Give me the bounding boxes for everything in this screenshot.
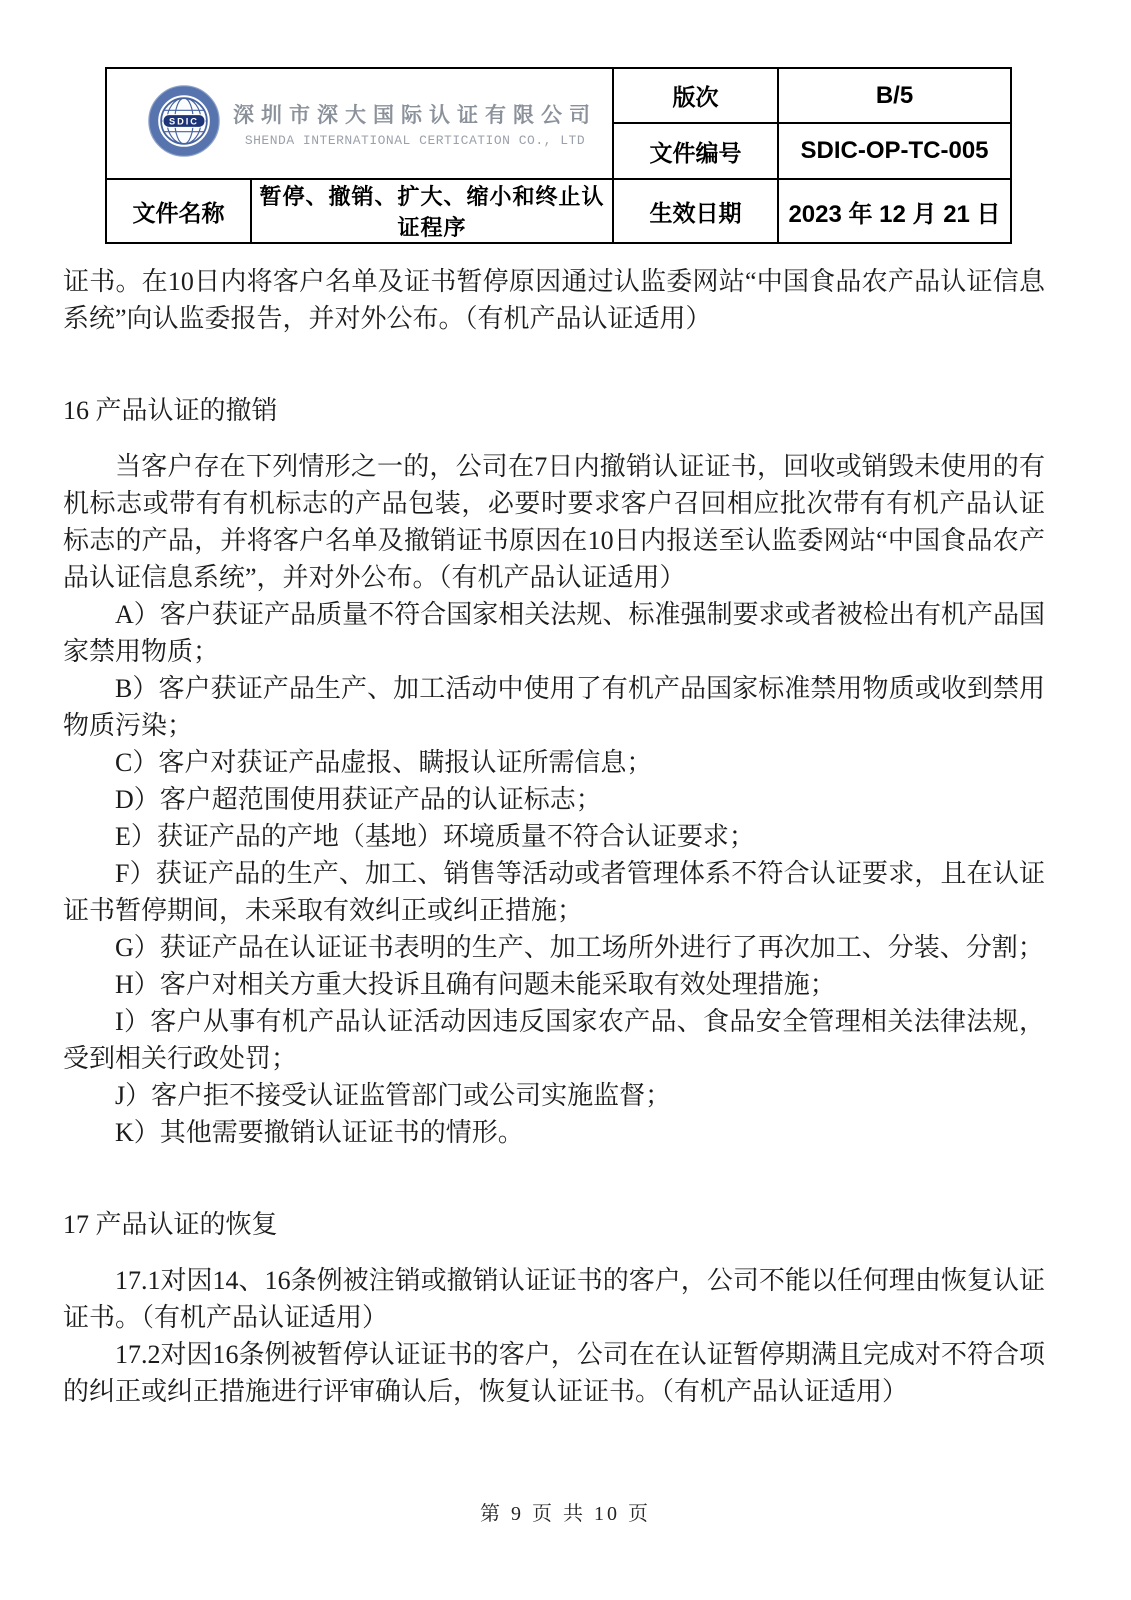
page-number-footer: 第 9 页 共 10 页 bbox=[0, 1497, 1131, 1526]
company-names: 深圳市深大国际认证有限公司 SHENDA INTERNATIONAL CERTI… bbox=[233, 99, 597, 148]
effective-date-value: 2023 年 12 月 21 日 bbox=[778, 179, 1011, 243]
list-item-a: A）客户获证产品质量不符合国家相关法规、标准强制要求或者被检出有机产品国家禁用物… bbox=[63, 596, 1045, 670]
list-item-c: C）客户对获证产品虚报、瞒报认证所需信息； bbox=[63, 744, 1045, 781]
paragraph: 当客户存在下列情形之一的，公司在7日内撤销认证证书，回收或销毁未使用的有机标志或… bbox=[63, 448, 1045, 596]
section-heading-17: 17 产品认证的恢复 bbox=[63, 1206, 1045, 1243]
document-body: 证书。在10日内将客户名单及证书暂停原因通过认监委网站“中国食品农产品认证信息系… bbox=[63, 263, 1045, 1410]
list-item-e: E）获证产品的产地（基地）环境质量不符合认证要求； bbox=[63, 818, 1045, 855]
effective-date-label: 生效日期 bbox=[613, 179, 778, 243]
list-item-g: G）获证产品在认证证书表明的生产、加工场所外进行了再次加工、分装、分割； bbox=[63, 929, 1045, 966]
list-item-k: K）其他需要撤销认证证书的情形。 bbox=[63, 1114, 1045, 1151]
paragraph-17-2: 17.2对因16条例被暂停认证证书的客户，公司在在认证暂停期满且完成对不符合项的… bbox=[63, 1336, 1045, 1410]
doc-name-value: 暂停、撤销、扩大、缩小和终止认证程序 bbox=[251, 179, 613, 243]
list-item-h: H）客户对相关方重大投诉且确有问题未能采取有效处理措施； bbox=[63, 966, 1045, 1003]
paragraph-continuation: 证书。在10日内将客户名单及证书暂停原因通过认监委网站“中国食品农产品认证信息系… bbox=[63, 263, 1045, 337]
list-item-i: I）客户从事有机产品认证活动因违反国家农产品、食品安全管理相关法律法规，受到相关… bbox=[63, 1003, 1045, 1077]
version-value: B/5 bbox=[778, 68, 1011, 123]
list-item-f: F）获证产品的生产、加工、销售等活动或者管理体系不符合认证要求，且在认证证书暂停… bbox=[63, 855, 1045, 929]
company-name-cn: 深圳市深大国际认证有限公司 bbox=[233, 99, 597, 129]
paragraph-17-1: 17.1对因14、16条例被注销或撤销认证证书的客户，公司不能以任何理由恢复认证… bbox=[63, 1262, 1045, 1336]
company-logo-icon: SDIC bbox=[147, 84, 221, 163]
doc-no-label: 文件编号 bbox=[613, 123, 778, 179]
list-item-b: B）客户获证产品生产、加工活动中使用了有机产品国家标准禁用物质或收到禁用物质污染… bbox=[63, 670, 1045, 744]
section-heading-16: 16 产品认证的撤销 bbox=[63, 392, 1045, 429]
document-header-table: SDIC 深圳市深大国际认证有限公司 SHENDA INTERNATIONAL … bbox=[105, 67, 1012, 244]
doc-name-label: 文件名称 bbox=[106, 179, 251, 243]
company-name-en: SHENDA INTERNATIONAL CERTICATION CO., LT… bbox=[233, 133, 597, 148]
header-table-wrap: SDIC 深圳市深大国际认证有限公司 SHENDA INTERNATIONAL … bbox=[105, 67, 1012, 244]
logo-cell: SDIC 深圳市深大国际认证有限公司 SHENDA INTERNATIONAL … bbox=[106, 68, 613, 179]
version-label: 版次 bbox=[613, 68, 778, 123]
document-page: { "header_table": { "logo": { "badge_tex… bbox=[0, 0, 1131, 1600]
doc-no-value: SDIC-OP-TC-005 bbox=[778, 123, 1011, 179]
list-item-j: J）客户拒不接受认证监管部门或公司实施监督； bbox=[63, 1077, 1045, 1114]
list-item-d: D）客户超范围使用获证产品的认证标志； bbox=[63, 781, 1045, 818]
svg-text:SDIC: SDIC bbox=[169, 117, 199, 127]
